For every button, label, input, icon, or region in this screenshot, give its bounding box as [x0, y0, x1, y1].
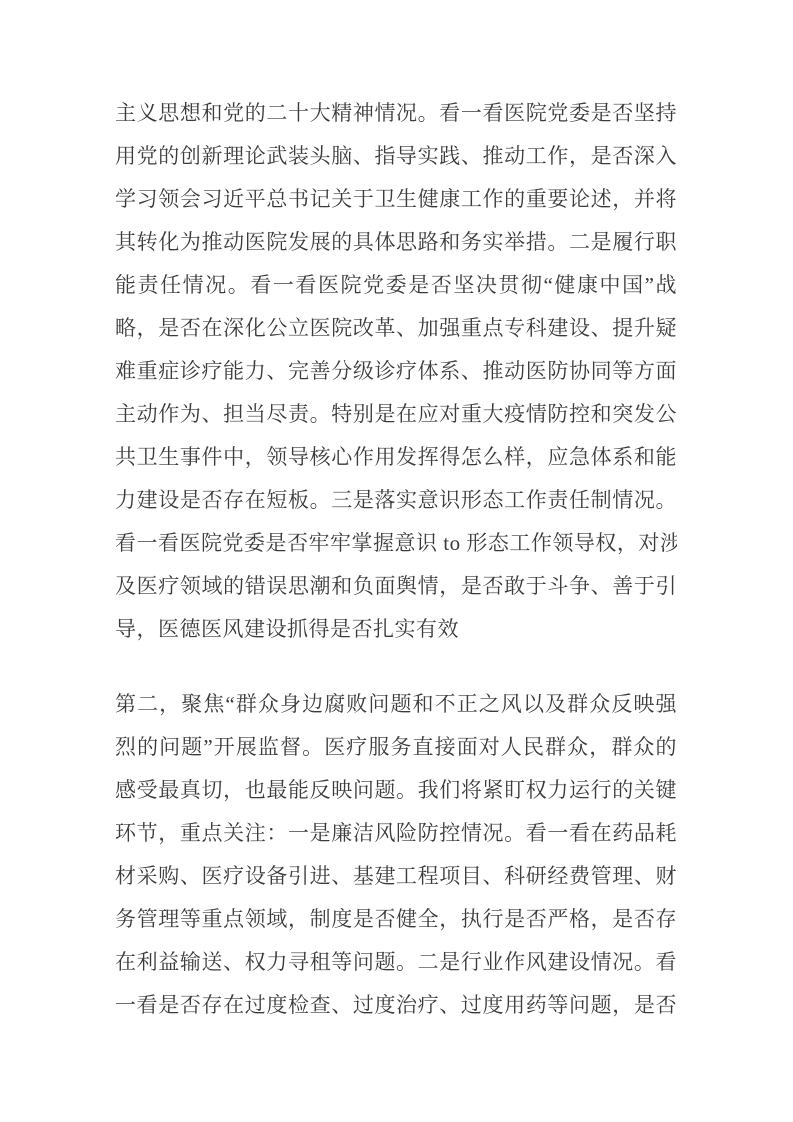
- text-line: 环节，重点关注：一是廉洁风险防控情况。看一看在药品耗: [115, 812, 677, 855]
- text-line: 难重症诊疗能力、完善分级诊疗体系、推动医防协同等方面: [115, 350, 677, 393]
- text-line: 用党的创新理论武装头脑、指导实践、推动工作，是否深入: [115, 135, 677, 178]
- text-line: 烈的问题”开展监督。医疗服务直接面对人民群众，群众的: [115, 726, 677, 769]
- text-line: 第二，聚焦“群众身边腐败问题和不正之风以及群众反映强: [115, 683, 677, 726]
- document-body: 主义思想和党的二十大精神情况。看一看医院党委是否坚持用党的创新理论武装头脑、指导…: [115, 92, 677, 1059]
- text-line: 主义思想和党的二十大精神情况。看一看医院党委是否坚持: [115, 92, 677, 135]
- text-line: 其转化为推动医院发展的具体思路和务实举措。二是履行职: [115, 221, 677, 264]
- text-line: 务管理等重点领域，制度是否健全，执行是否严格，是否存: [115, 898, 677, 941]
- text-line: 看一看医院党委是否牢牢掌握意识 to 形态工作领导权，对涉: [115, 522, 677, 565]
- paragraph-1: 主义思想和党的二十大精神情况。看一看医院党委是否坚持用党的创新理论武装头脑、指导…: [115, 92, 677, 651]
- text-line: 及医疗领域的错误思潮和负面舆情，是否敢于斗争、善于引: [115, 565, 677, 608]
- paragraph-2: 第二，聚焦“群众身边腐败问题和不正之风以及群众反映强烈的问题”开展监督。医疗服务…: [115, 683, 677, 1027]
- document-page: 主义思想和党的二十大精神情况。看一看医院党委是否坚持用党的创新理论武装头脑、指导…: [0, 0, 793, 1122]
- text-line: 略，是否在深化公立医院改革、加强重点专科建设、提升疑: [115, 307, 677, 350]
- text-line: 一看是否存在过度检查、过度治疗、过度用药等问题，是否: [115, 984, 677, 1027]
- text-line: 导，医德医风建设抓得是否扎实有效: [115, 608, 677, 651]
- text-line: 能责任情况。看一看医院党委是否坚决贯彻“健康中国”战: [115, 264, 677, 307]
- text-line: 共卫生事件中，领导核心作用发挥得怎么样，应急体系和能: [115, 436, 677, 479]
- text-line: 力建设是否存在短板。三是落实意识形态工作责任制情况。: [115, 479, 677, 522]
- text-line: 感受最真切，也最能反映问题。我们将紧盯权力运行的关键: [115, 769, 677, 812]
- text-line: 学习领会习近平总书记关于卫生健康工作的重要论述，并将: [115, 178, 677, 221]
- text-line: 主动作为、担当尽责。特别是在应对重大疫情防控和突发公: [115, 393, 677, 436]
- text-line: 材采购、医疗设备引进、基建工程项目、科研经费管理、财: [115, 855, 677, 898]
- text-line: 在利益输送、权力寻租等问题。二是行业作风建设情况。看: [115, 941, 677, 984]
